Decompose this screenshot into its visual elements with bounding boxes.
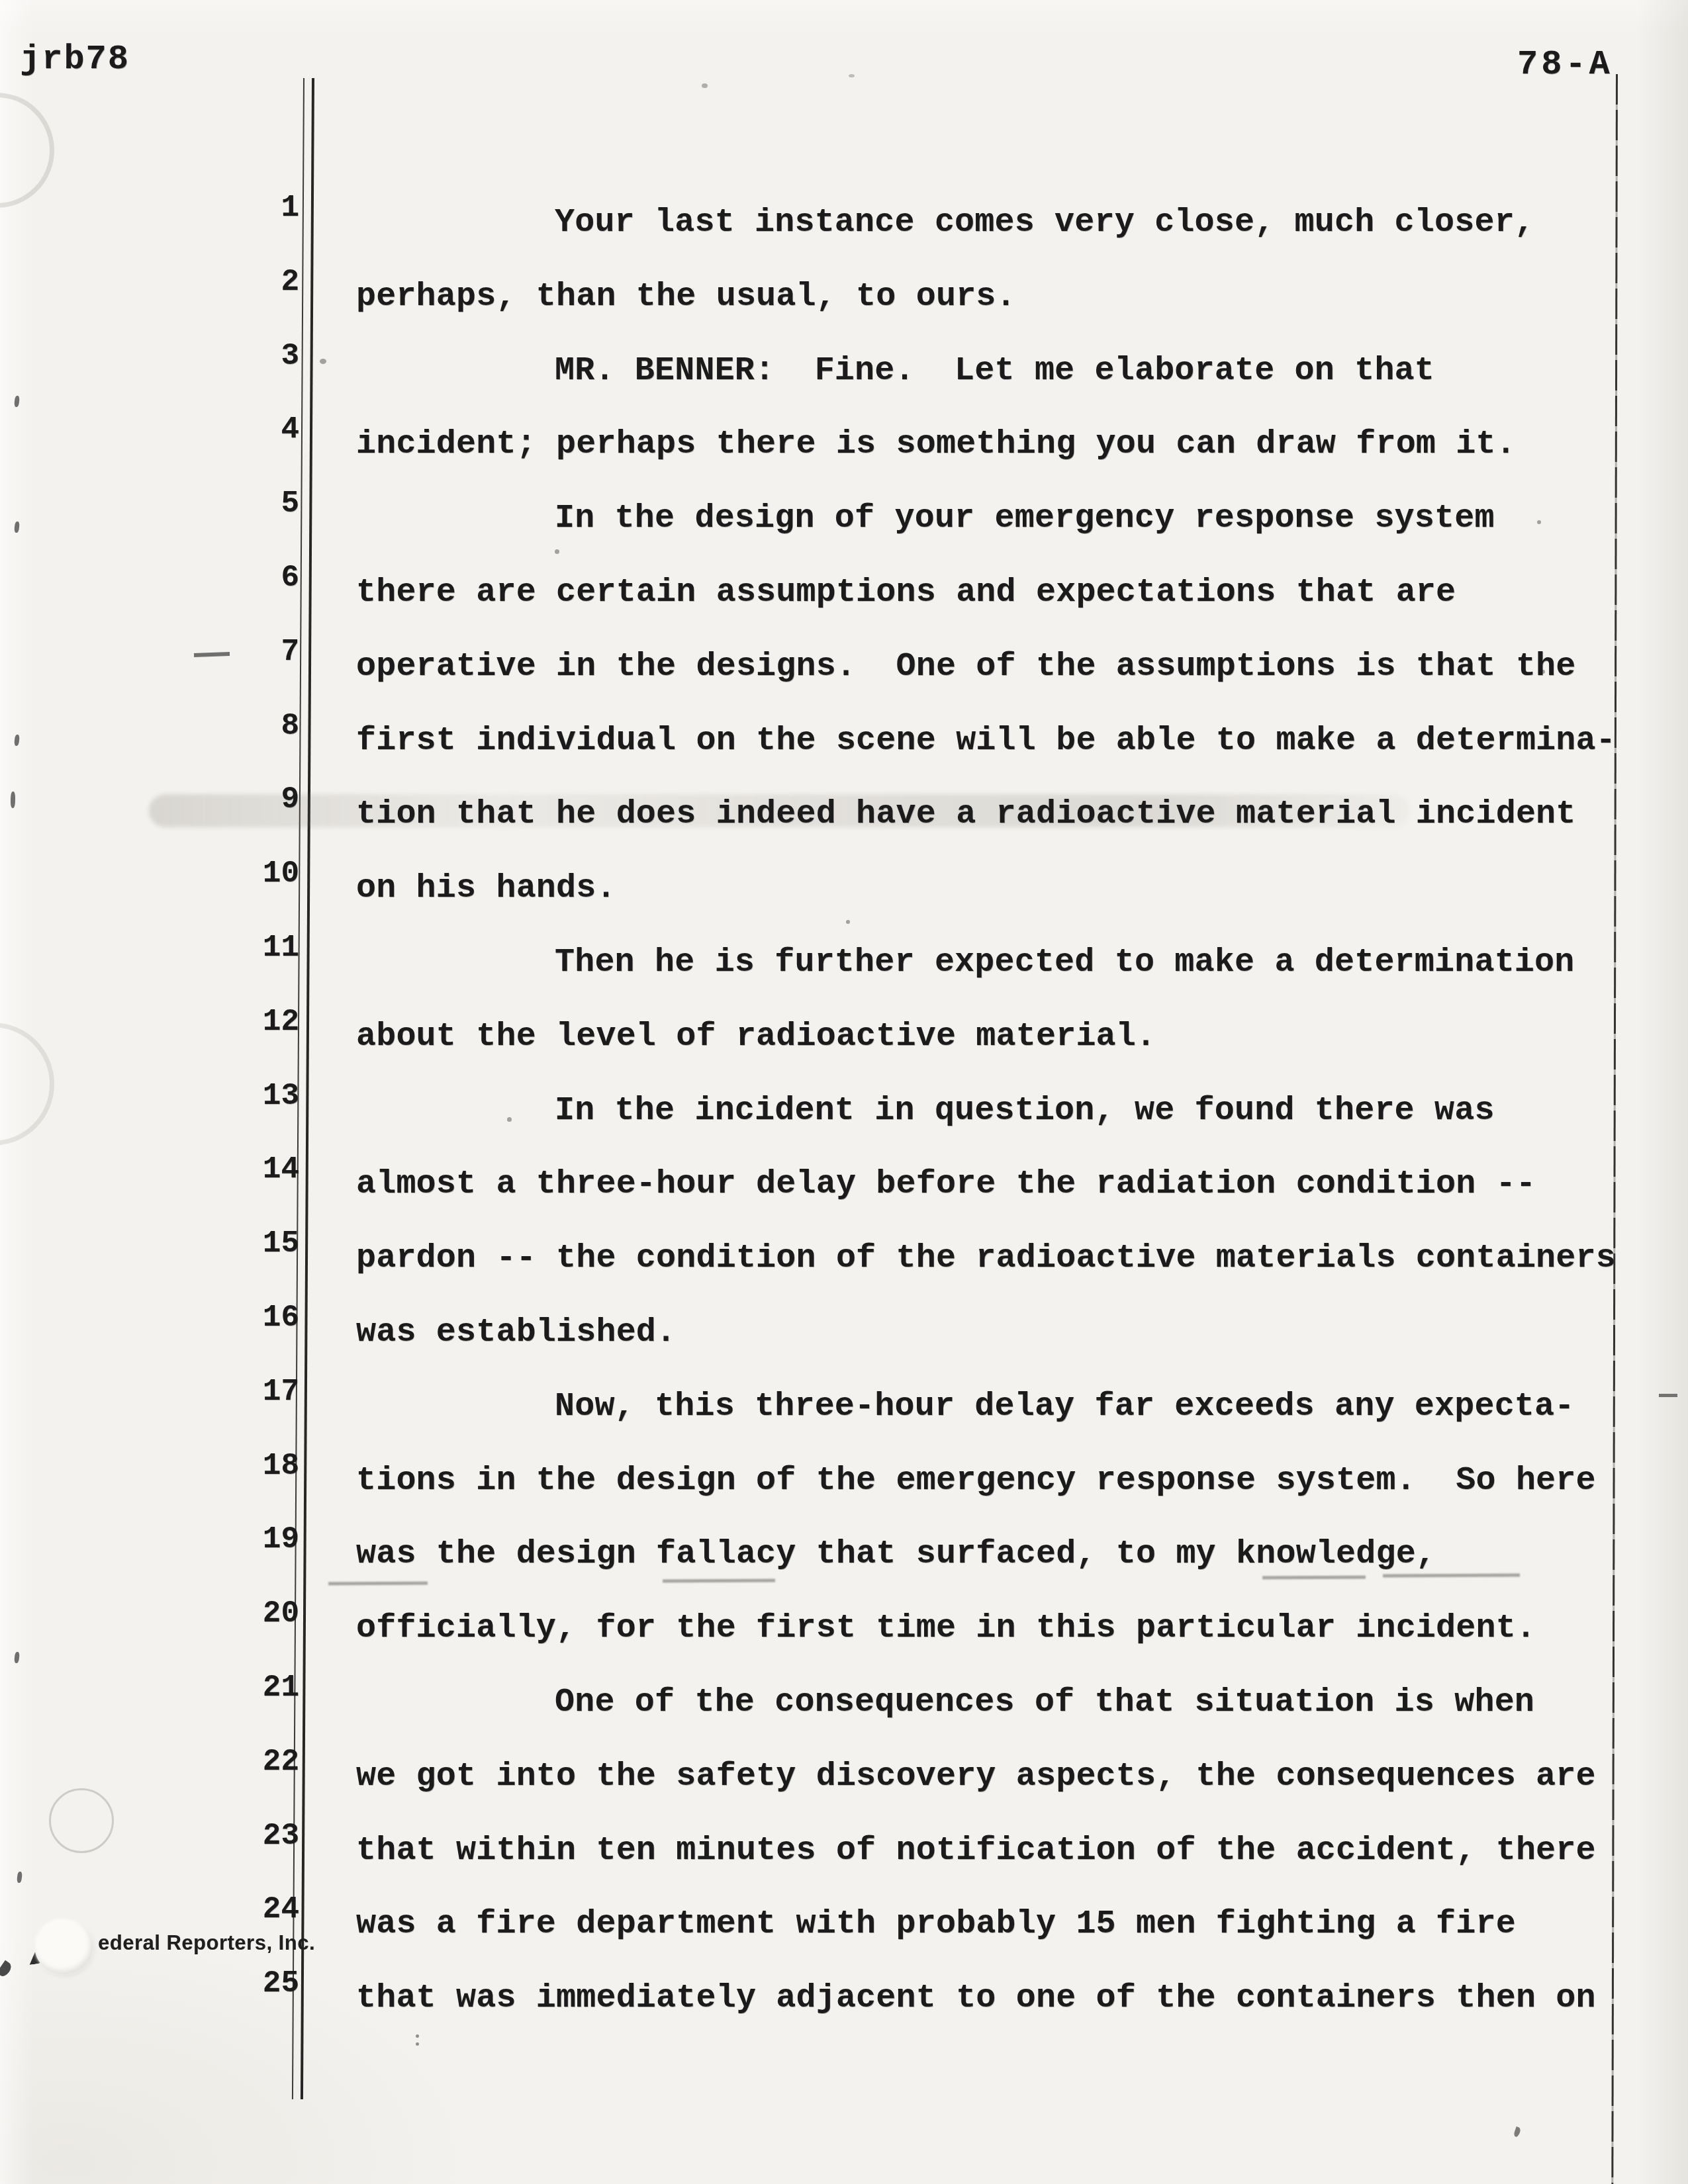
transcript-line: 25 that was immediately adjacent to one …	[0, 1979, 1688, 2021]
line-text: pardon -- the condition of the radioacti…	[356, 1240, 1616, 1277]
transcript-line: 12 about the level of radioactive materi…	[0, 1018, 1688, 1059]
line-text: In the design of your emergency response…	[555, 500, 1495, 537]
line-text: first individual on the scene will be ab…	[356, 722, 1616, 760]
line-number: 1	[199, 191, 299, 225]
line-number: 4	[199, 412, 299, 447]
line-text: that within ten minutes of notification …	[356, 1832, 1596, 1870]
transcript-line: 4 incident; perhaps there is something y…	[0, 426, 1688, 467]
transcript-line: 11 Then he is further expected to make a…	[0, 944, 1688, 985]
line-number: 6	[199, 561, 299, 595]
transcript-line: 23 that within ten minutes of notificati…	[0, 1832, 1688, 1873]
transcript-line: 19 was the design fallacy that surfaced,…	[0, 1535, 1688, 1576]
transcript-line: 16 was established.	[0, 1314, 1688, 1355]
transcript-line: 9 tion that he does indeed have a radioa…	[0, 796, 1688, 837]
line-number: 25	[199, 1966, 299, 2001]
transcript-line: 22 we got into the safety discovery aspe…	[0, 1758, 1688, 1799]
line-text: Then he is further expected to make a de…	[555, 944, 1574, 981]
line-number: 14	[199, 1152, 299, 1187]
transcript-line: 13 In the incident in question, we found…	[0, 1092, 1688, 1133]
transcript-line: 20 officially, for the first time in thi…	[0, 1610, 1688, 1651]
line-text: One of the consequences of that situatio…	[555, 1684, 1534, 1721]
transcript-lines: 1 Your last instance comes very close, m…	[0, 0, 1688, 2184]
line-number: 3	[199, 339, 299, 373]
line-number: 17	[199, 1375, 299, 1409]
line-text: MR. BENNER: Fine. Let me elaborate on th…	[555, 352, 1434, 390]
transcript-line: 17 Now, this three-hour delay far exceed…	[0, 1388, 1688, 1429]
line-number: 24	[199, 1892, 299, 1927]
line-text: on his hands.	[356, 870, 616, 907]
line-number: 12	[199, 1005, 299, 1039]
line-number: 13	[199, 1079, 299, 1113]
line-text: that was immediately adjacent to one of …	[356, 1979, 1596, 2017]
transcript-line: 7 operative in the designs. One of the a…	[0, 648, 1688, 689]
line-number: 21	[199, 1670, 299, 1705]
line-number: 11	[199, 931, 299, 965]
line-text: was a fire department with probably 15 m…	[356, 1905, 1516, 1943]
line-text: we got into the safety discovery aspects…	[356, 1758, 1596, 1796]
transcript-line: 14 almost a three-hour delay before the …	[0, 1165, 1688, 1206]
line-text: was the design fallacy that surfaced, to…	[356, 1535, 1436, 1573]
line-text: Now, this three-hour delay far exceeds a…	[555, 1388, 1574, 1426]
line-number: 19	[199, 1522, 299, 1557]
line-text: there are certain assumptions and expect…	[356, 574, 1456, 612]
line-number: 9	[199, 782, 299, 817]
transcript-line: 3 MR. BENNER: Fine. Let me elaborate on …	[0, 352, 1688, 393]
transcript-line: 5 In the design of your emergency respon…	[0, 500, 1688, 541]
line-number: 22	[199, 1745, 299, 1779]
reporter-firm-label: ederal Reporters, Inc.	[98, 1931, 315, 1955]
line-text: incident; perhaps there is something you…	[356, 426, 1516, 463]
line-number: 23	[199, 1819, 299, 1853]
line-text: almost a three-hour delay before the rad…	[356, 1165, 1536, 1203]
line-number: 20	[199, 1596, 299, 1631]
transcript-line: 8 first individual on the scene will be …	[0, 722, 1688, 763]
line-number: 7	[199, 635, 299, 669]
transcript-line: 2 perhaps, than the usual, to ours.	[0, 278, 1688, 319]
transcript-line: 10 on his hands.	[0, 870, 1688, 911]
line-number: 15	[199, 1226, 299, 1261]
transcript-page: jrb78 78-A 1 Your last instance comes ve…	[0, 0, 1688, 2184]
transcript-line: 18 tions in the design of the emergency …	[0, 1462, 1688, 1503]
transcript-line: 6 there are certain assumptions and expe…	[0, 574, 1688, 615]
line-text: tion that he does indeed have a radioact…	[356, 796, 1576, 833]
line-text: about the level of radioactive material.	[356, 1018, 1156, 1056]
transcript-line: 15 pardon -- the condition of the radioa…	[0, 1240, 1688, 1281]
line-number: 8	[199, 709, 299, 743]
line-text: officially, for the first time in this p…	[356, 1610, 1536, 1647]
transcript-line: 21 One of the consequences of that situa…	[0, 1684, 1688, 1725]
line-number: 16	[199, 1300, 299, 1335]
line-text: tions in the design of the emergency res…	[356, 1462, 1596, 1500]
line-text: was established.	[356, 1314, 676, 1351]
line-text: operative in the designs. One of the ass…	[356, 648, 1576, 686]
line-number: 2	[199, 265, 299, 299]
line-text: In the incident in question, we found th…	[555, 1092, 1495, 1130]
line-number: 10	[199, 856, 299, 891]
line-number: 18	[199, 1449, 299, 1483]
line-text: Your last instance comes very close, muc…	[555, 204, 1534, 242]
line-number: 5	[199, 486, 299, 521]
line-text: perhaps, than the usual, to ours.	[356, 278, 1016, 316]
transcript-line: 1 Your last instance comes very close, m…	[0, 204, 1688, 245]
